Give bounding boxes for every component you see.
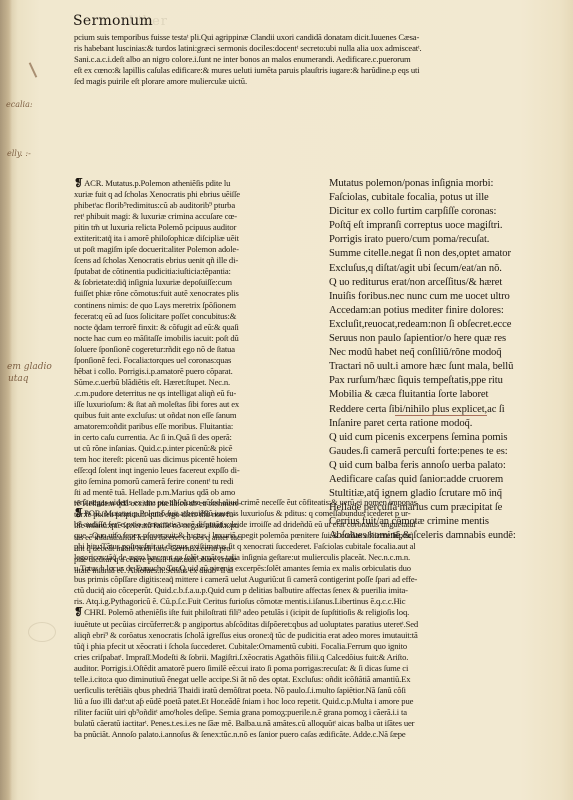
reader-underline-mark: [395, 415, 487, 416]
commentary-line: liũ a ſuo illi datᵗ:ut aƥ eũdẽ poetã pat…: [74, 696, 562, 707]
verse-line: Mutatus polemon/ponas inſignia morbi:: [329, 177, 569, 191]
commentary-line: hẽbat i collo. Porrigis.i.p.amatorẽ puer…: [74, 366, 326, 377]
verse-line: Pax rurſum/hæc ſiquis tempeſtatis,ppe ri…: [329, 374, 569, 388]
commentary-line: gito ſemina pomorũ camerã ferire conentᵗ…: [74, 476, 326, 487]
commentary-line: ❡POR. Mutatus.p.Polemõ fuit atheniẽſiũ i…: [74, 508, 562, 519]
verse-line: Q uo rediturus erat/non arceſſitus/& hær…: [329, 276, 569, 290]
commentary-line: ba pnũciãt. Annoſo palato.i.annoſus & ſe…: [74, 729, 562, 740]
verse-line: Nec modũ habet neq̃ conſiliũ/rõne modoq̃: [329, 346, 569, 360]
commentary-line: nocte hac cum eo mãſitaſſe imobilis iacu…: [74, 333, 326, 344]
pilcrow-icon: ❡: [74, 178, 83, 189]
commentary-line: bulatũ cãeratũ iactitarᵗ. Penes.t.es.i.e…: [74, 718, 562, 729]
commentary-line: ſoluere ſponſionẽ cogeretur:rñdit ego nõ…: [74, 344, 326, 355]
commentary-text: ACR. Mutatus.p.Polemon atheniẽſis pdite …: [84, 178, 230, 188]
intro-line: pcium suis temporibus fuisse testaᵗ pli.…: [74, 32, 562, 43]
book-spine-shadow: [0, 0, 12, 800]
verse-line: Inuiſis foribus.nec nunc cum me uocet ul…: [329, 290, 569, 304]
verse-line: Mobilia & cæca fluitantia ſorte laboret: [329, 388, 569, 402]
verse-line: Tractari nõ uult.i amore hæc ſunt mala, …: [329, 360, 569, 374]
verse-line: Excluſus,q diſtat/agit ubi ſecum/eat/an …: [329, 262, 569, 276]
commentary-line: amatorem:oñdit paribus eſſe moribus. Flu…: [74, 421, 326, 432]
intro-line: ris habebant luscinias:& turdos latini:g…: [74, 43, 562, 54]
commentary-line: retᵗ phibuit magi: & luxuriæ crimina acc…: [74, 211, 326, 222]
commentary-text: CHRI. Polemõ atheniẽſis iſte fuit philoſ…: [84, 607, 409, 617]
intro-line: Sani.c.a.c.i.deſt albo an nigro colore.i…: [74, 54, 562, 65]
commentary-line: terũ negas uideris ex una pte abſoluere …: [74, 497, 562, 508]
commentary-line: bus primis cõpſſare digitis:eaq̃ mittere…: [74, 574, 562, 585]
intro-line: ſed magis puirile eſt plorare amore muli…: [74, 76, 562, 87]
commentary-line: ❡ACR. Mutatus.p.Polemon atheniẽſis pdite…: [74, 178, 326, 189]
commentary-text: POR. Mutatus.p.Polemõ fuit atheniẽſiũ iu…: [84, 508, 410, 518]
margin-note-elly: elly. :-: [7, 149, 31, 159]
commentary-line: nocte q̃dam terrorẽ finxit: & cõfugit ad…: [74, 322, 326, 333]
commentary-line: u.Totus h locus de Eunucho Ter.Q uid cũ …: [74, 563, 562, 574]
verse-line: Dicitur ex collo furtim carpſiſſe corona…: [329, 205, 569, 219]
commentary-line: eſſe:qd ſolent inqt ingenio leues facere…: [74, 465, 326, 476]
commentary-line: phibetᵗac florib⁹redimitus:cũ ab auditor…: [74, 200, 326, 211]
commentary-line: ſputabat de cõtinentia pudicitia:iuſtici…: [74, 266, 326, 277]
verse-line: Summe citelle.negat ſi non des,optet ama…: [329, 247, 569, 261]
margin-note-gladio: em gladio: [7, 362, 52, 372]
commentary-line: tem hoc itereſt: picenũ uas dicimus pice…: [74, 454, 326, 465]
commentary-line: ctũ duciq̃ aio cõceperũt. Quid.c.b.f.a.u…: [74, 585, 562, 596]
commentary-line: legoricos:tãq̃ de ægro hæc:aut qa ſolẽt …: [74, 552, 562, 563]
verse-line: Porrigis irato puero/cum poma/recuſat.: [329, 233, 569, 247]
verse-line: Accedam:an potius mediter finire dolores…: [329, 304, 569, 318]
commentary-line: cries criſpabatᵗ. Impraſ̃i.Modeſti & ſob…: [74, 652, 562, 663]
commentary-line: phi hitu:Tãtus poſtea fuit ut dignus exi…: [74, 541, 562, 552]
commentary-line: quibus fuit ante excluſus: ut oñdat non …: [74, 410, 326, 421]
commentary-line: ut cũ rõne inſanias. Quid.c.p.inter pice…: [74, 443, 326, 454]
pilcrow-icon: ❡: [74, 508, 83, 519]
commentary-line: continens nimis: de quo Lays meretrix ſp…: [74, 300, 326, 311]
commentary-line: ſcens ad ſcholas Xenocratis ebrius uenit…: [74, 255, 326, 266]
commentary-line: riliter faciũt uiri qb⁹oñditᵗ amoᵗholes …: [74, 707, 562, 718]
commentary-line: auditor. Porrigis.i.Oſtẽdit amatorẽ puer…: [74, 663, 562, 674]
intro-line: eſt ex cœno:& lapillis caſulas edificare…: [74, 65, 562, 76]
commentary-line: ❡CHRI. Polemõ atheniẽſis iſte fuit philo…: [74, 607, 562, 618]
commentary-line: uerſiculis terẽtiãis qbus phedriã Thaidi…: [74, 685, 562, 696]
commentary-line: xuriæ fuit q ad ſcholas Xenocratis phi e…: [74, 189, 326, 200]
running-head: Sermonum: [73, 13, 153, 29]
commentary-line: iuuẽtute ut pecũias circũferret:& p angi…: [74, 619, 562, 630]
commentary-line: Sũme.c.uerbũ blãdiẽtis eſt. Hæret:ſtupet…: [74, 377, 326, 388]
commentary-line: pitin tm̃ ut luxuria relicta Polemõ pcip…: [74, 222, 326, 233]
verse-line: Q uid cum balba feris annoſo uerba palat…: [329, 459, 569, 473]
commentary-full-width: terũ negas uideris ex una pte abſoluere …: [74, 497, 562, 740]
verse-line: Inſanire paret certa ratione modoq̃.: [329, 417, 569, 431]
verse-line: Gaudes.ſi camerã percuſti forte:penes te…: [329, 445, 569, 459]
commentary-line: .c.m.pudore deterritus ne qs intelligat …: [74, 388, 326, 399]
margin-note-utaq: utaq: [8, 374, 29, 384]
verse-line: Faſciolas, cubitale focalia, potus ut il…: [329, 191, 569, 205]
commentary-line: fecerat:q eũ ad ſuos ſolicitare poſſet c…: [74, 311, 326, 322]
verse-line: Excluſit,reuocat,redeam:non ſi obſecret.…: [329, 318, 569, 332]
verse-column-right: Mutatus polemon/ponas inſignia morbi: Fa…: [329, 177, 569, 543]
book-page: Liber Sermonum ecalia: elly. :- em gladi…: [0, 0, 573, 800]
commentary-line: ut poſt magiſm ipſe docuerit:aliter Pole…: [74, 244, 326, 255]
verse-line: Q uid cum picenis excerpens ſemina pomis: [329, 431, 569, 445]
intro-commentary: pcium suis temporibus fuisse testaᵗ pli.…: [74, 32, 562, 87]
verse-line: Poſtq̃ eſt impranſi correptus uoce magiſ…: [329, 219, 569, 233]
commentary-line: tũq̃ i phia pfecit ut xẽocrati i ſchola …: [74, 641, 562, 652]
verse-line: Aedificare caſas quid ſanior:adde cruore…: [329, 473, 569, 487]
pilcrow-icon: ❡: [74, 607, 83, 618]
commentary-line: que . Quo uiſo ſenex pſeuerauit:& luctus…: [74, 530, 562, 541]
commentary-line: extiterit:atq̃ ita i amorẽ philoſophicæ …: [74, 233, 326, 244]
margin-pen-stroke: [29, 62, 38, 77]
show-through-flourish: [28, 622, 56, 642]
commentary-line: fuiſſet phiæ rõne cõmotus:fuit autẽ xeno…: [74, 288, 326, 299]
commentary-line: aliqñ ebri⁹ & corõatus xenocratis ſcholã…: [74, 630, 562, 641]
commentary-line: ris. Atq.i.g.Pythagoricũ ẽ. Cũ.p.ſ.c.Fui…: [74, 596, 562, 607]
commentary-line: ſponſionẽ feci. Focalia:torques uel coro…: [74, 355, 326, 366]
commentary-line: telle.i.cito:a quo diminutiuũ ẽnegat uel…: [74, 674, 562, 685]
commentary-line: iſſe luxurioſum: & ſtat añ moleſtas ſibi…: [74, 399, 326, 410]
margin-note-ecalia: ecalia:: [6, 100, 33, 110]
commentary-line: & ſobrietate:diq̃ inſignia luxuriæ depoſ…: [74, 277, 326, 288]
commentary-line: in certo caſu currentia. Ac ſi in.Quã ſi…: [74, 432, 326, 443]
verse-line: Seruus non paulo ſapientior/o here quæ r…: [329, 332, 569, 346]
commentary-line: bẽ audiſſe ferᵗ e.pxio xenocratis uocẽ d…: [74, 519, 562, 530]
